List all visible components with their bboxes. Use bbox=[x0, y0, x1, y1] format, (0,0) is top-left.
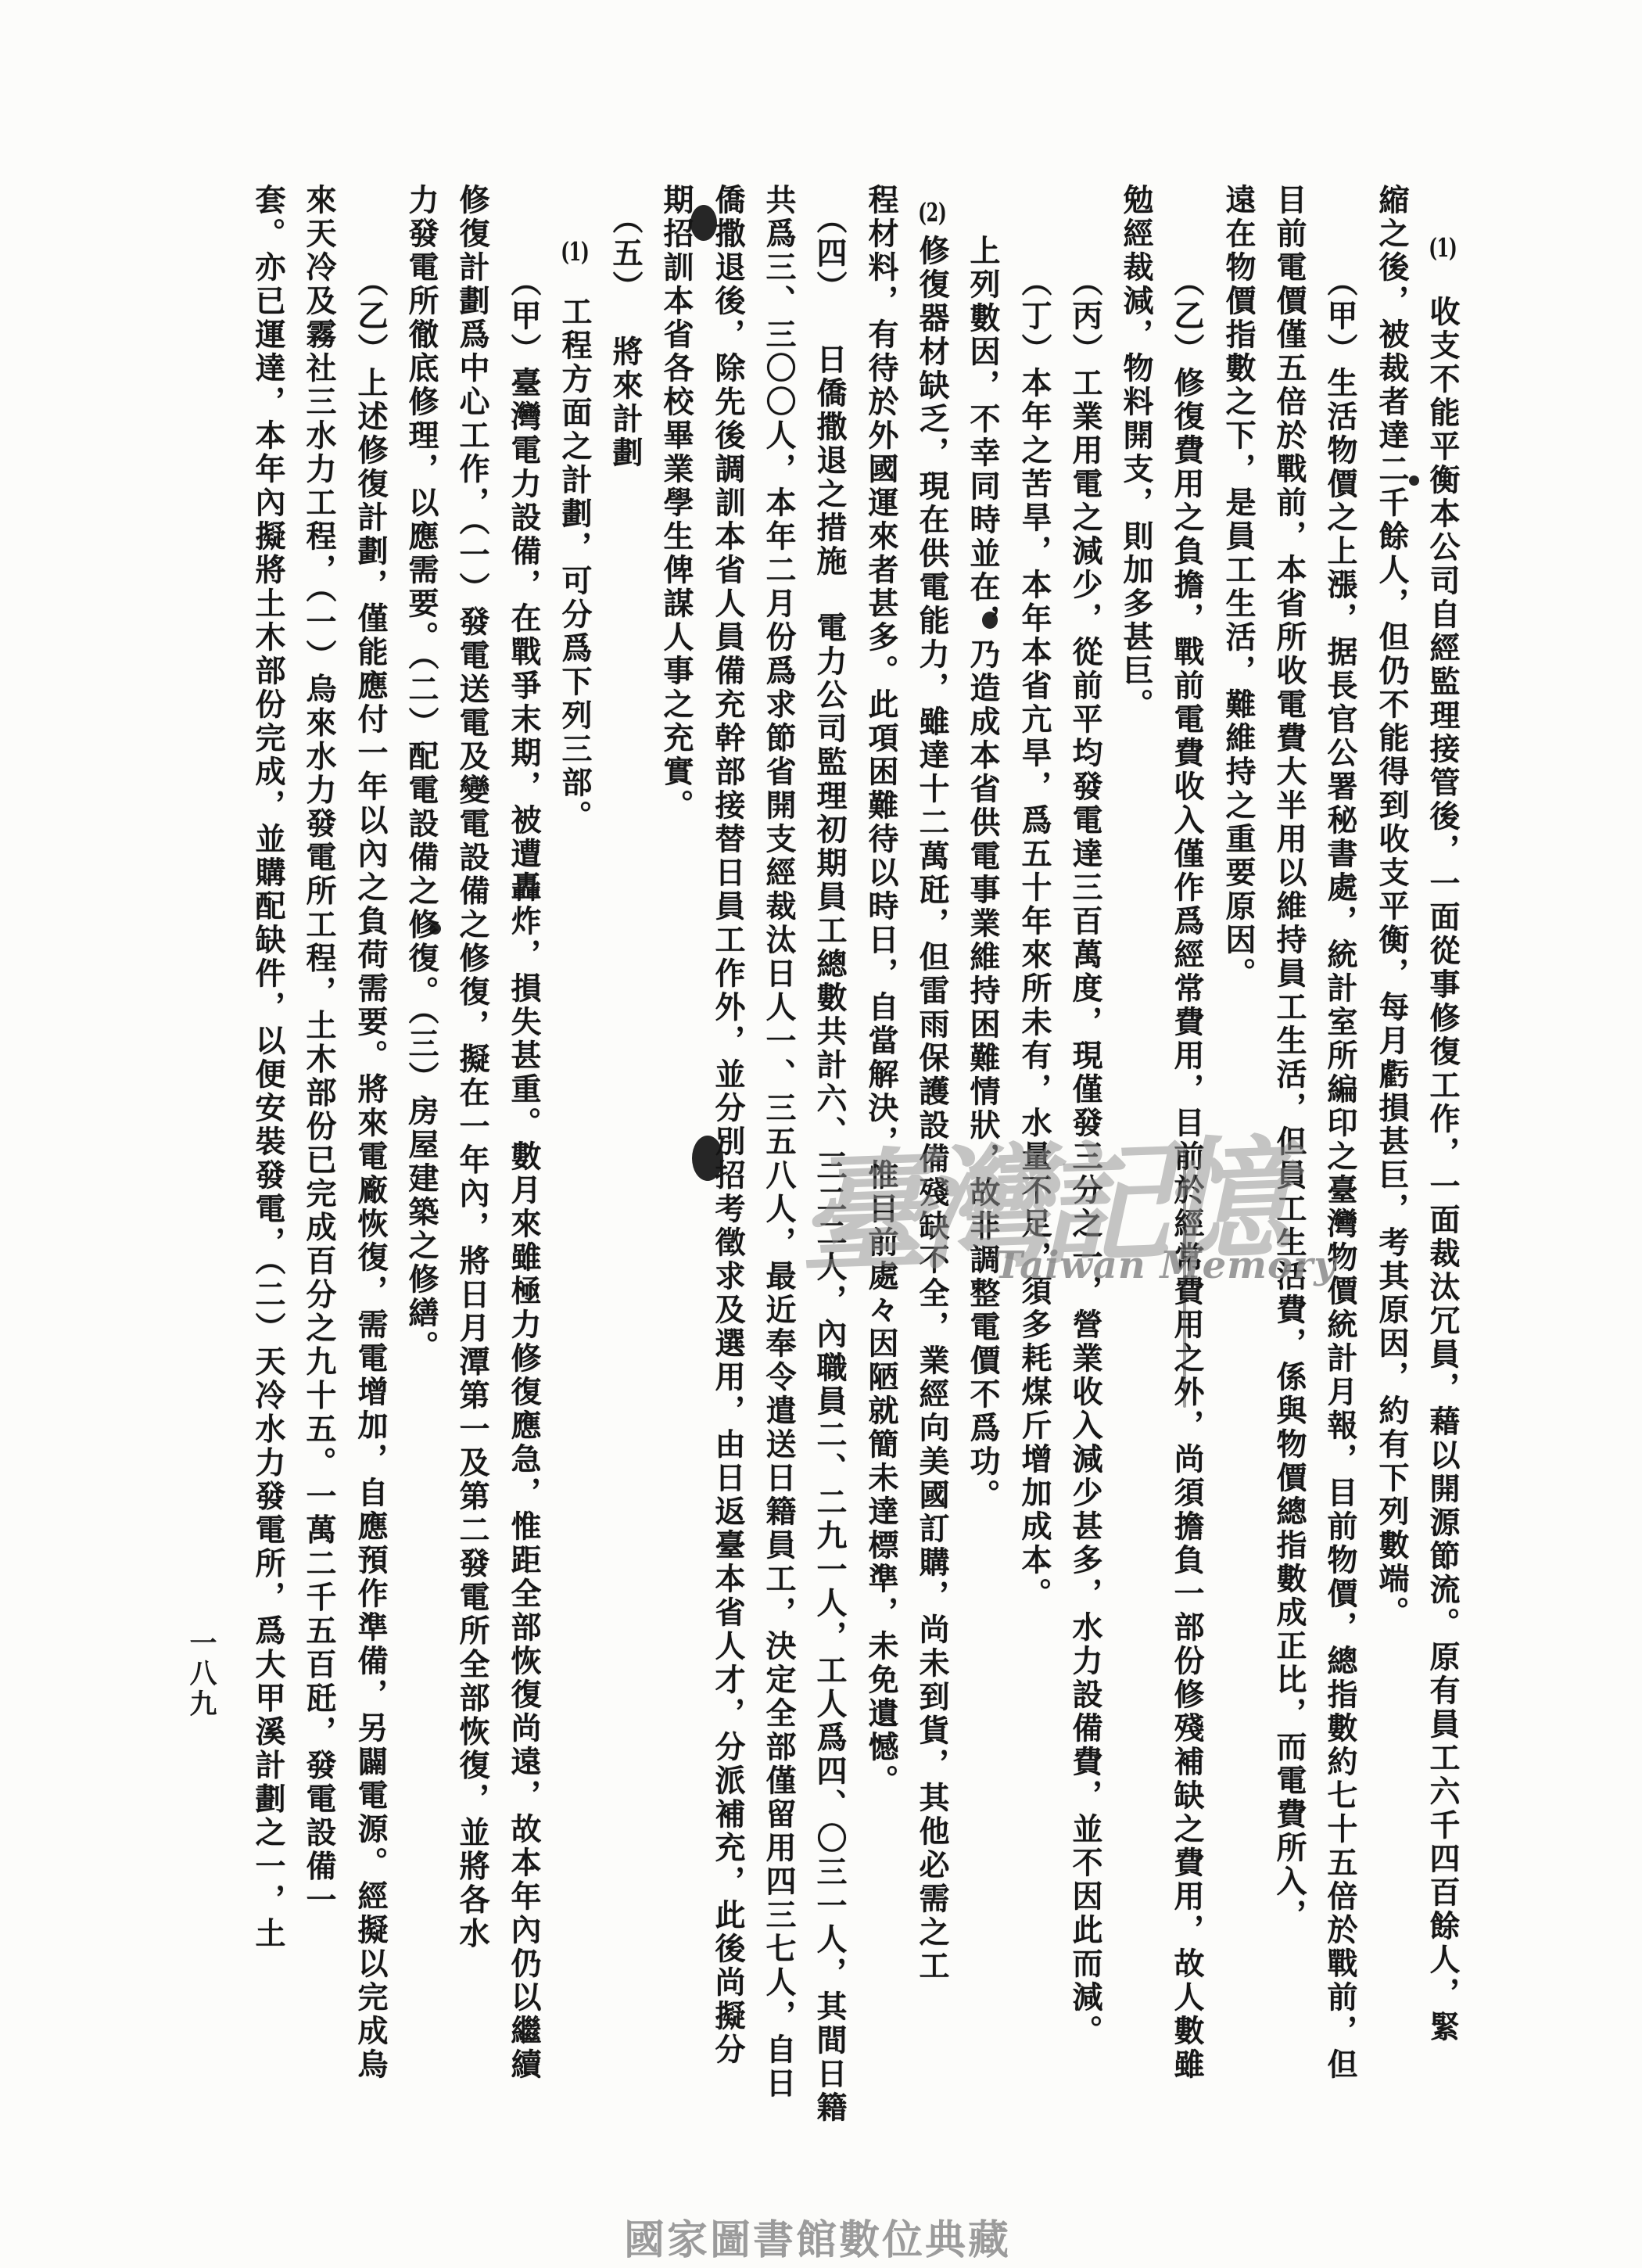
text-column: 期招訓本省各校畢業學生俾謀人事之充實。 bbox=[658, 184, 695, 823]
text-column: （丁）本年之苦旱，本年本省亢旱，爲五十年來所未有，水量不足，須多耗煤斤增加成本。 bbox=[1016, 266, 1053, 1611]
text-column: 目前電價僅五倍於戰前，本省所收電費大半用以維持員工生活，但員工生活費，係與物價總… bbox=[1271, 184, 1308, 1932]
text-column: 來天冷及霧社三水力工程，（一）烏來水力發電所工程，土木部份已完成百分之九十五。一… bbox=[300, 184, 338, 1918]
page-number: 一八九 bbox=[181, 1628, 220, 1720]
ink-blob bbox=[690, 205, 717, 241]
ink-blob bbox=[1409, 475, 1419, 486]
text-column: （丙）工業用電之減少，從前平均發電達三百萬度，現僅發三分之一，營業收入減少甚多，… bbox=[1067, 266, 1104, 2048]
column-gap bbox=[829, 304, 830, 343]
column-gap bbox=[931, 225, 933, 235]
ink-blob bbox=[982, 612, 998, 629]
column-gap bbox=[625, 304, 626, 336]
text-column: 遠在物價指數之下，是員工生活，難維持之重要原因。 bbox=[1220, 184, 1257, 991]
text-column: (1)收支不能平衡本公司自經監理接管後，一面從事修復工作，一面裁汰冗員，藉以開源… bbox=[1424, 235, 1461, 2044]
section-number: (2) bbox=[917, 199, 948, 225]
text-column: 僑撒退後，除先後調訓本省人員備充幹部接替日員工作外，並分別招考徵求及選用，由日返… bbox=[709, 184, 747, 2067]
text-column: 修復計劃爲中心工作，（一）發電送電及變電設備之修復，擬在一年內，將日月潭第一及第… bbox=[454, 184, 491, 1951]
text-column: （五）將來計劃 bbox=[607, 203, 644, 470]
text-column: 上列數因，不幸同時並在，乃造成本省供電事業維持困難情狀，故非調整電價不爲功。 bbox=[964, 235, 1002, 1513]
column-gap bbox=[574, 264, 575, 296]
text-column: （甲）生活物價之上漲，据長官公署秘書處，統計室所編印之臺灣物價統計月報，目前物價… bbox=[1321, 266, 1359, 2082]
text-column: 程材料，有待於外國運來者甚多。此項困難待以時日，自當解決，惟目前處々因陋就簡未達… bbox=[862, 184, 900, 1798]
scanned-document-page: (1)收支不能平衡本公司自經監理接管後，一面從事修復工作，一面裁汰冗員，藉以開源… bbox=[0, 0, 1642, 2268]
section-number: (1) bbox=[560, 239, 590, 264]
scan-streak bbox=[1183, 1150, 1186, 1408]
text-column: （乙）上述修復計劃，僅能應付一年以內之負荷需要。將來電廠恢復，需電增加，自應預作… bbox=[352, 266, 389, 2082]
text-column: （甲）臺灣電力設備，在戰爭末期，被遭轟炸，損失甚重。數月來雖極力修復應急，惟距全… bbox=[505, 266, 543, 2082]
ink-blob bbox=[429, 923, 441, 935]
section-number: (1) bbox=[1428, 235, 1458, 260]
ink-blob bbox=[692, 1136, 723, 1181]
text-column: （四）日僑撒退之措施電力公司監理初期員工總數共計六、三二二人，內職員二、二九一人… bbox=[811, 203, 848, 2125]
text-column: （乙）修復費用之負擔，戰前電費收入僅作爲經常費用，目前於經常費用之外，尚須擔負一… bbox=[1168, 266, 1206, 2082]
column-gap bbox=[829, 579, 830, 612]
text-column: (2)修復器材缺乏，現在供電能力，雖達十二萬瓩，但雷雨保護設備殘缺不全，業經向美… bbox=[913, 199, 951, 1983]
archive-footer-text: 國家圖書館數位典藏 bbox=[624, 2207, 1011, 2266]
text-column: (1)工程方面之計劃，可分爲下列三部。 bbox=[556, 239, 593, 834]
text-column: 縮之後，被裁者達二千餘人，但仍不能得到收支平衡，每月虧損甚巨，考其原因，約有下列… bbox=[1373, 184, 1411, 1630]
column-gap bbox=[1442, 260, 1443, 296]
text-column: 勉經裁減，物料開支，則加多甚巨。 bbox=[1117, 184, 1155, 722]
text-column: 套。亦已運達，本年內擬將土木部份完成，並購配缺件，以便安裝發電，（二）天冷水力發… bbox=[249, 184, 287, 1951]
text-column: 共爲三、三〇〇人，本年二月份爲求節省開支經裁汰日人一、三五八人，最近奉令遣送日籍… bbox=[760, 184, 798, 2101]
text-column: 力發電所徹底修理，以應需要。（二）配電設備之修復。（三）房屋建築之修繕。 bbox=[403, 184, 440, 1364]
